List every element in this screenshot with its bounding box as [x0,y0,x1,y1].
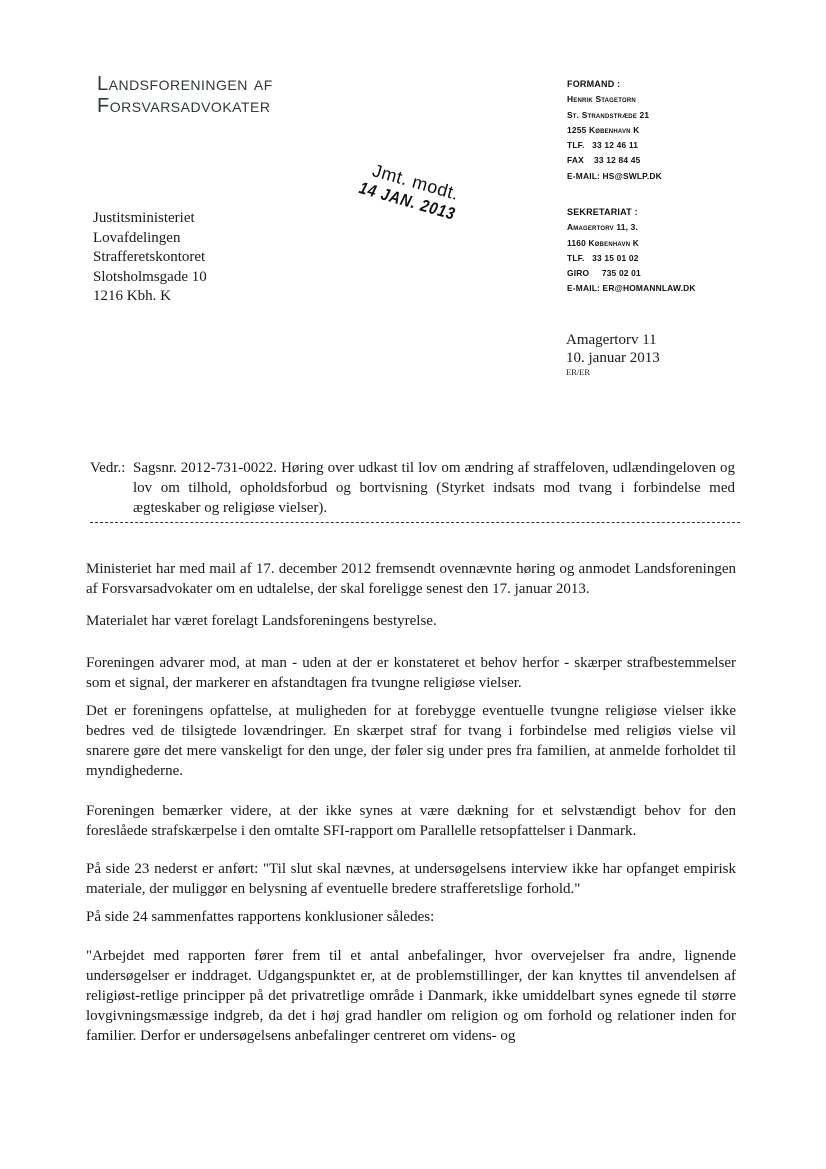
sekretariat-phone: TLF. 33 15 01 02 [567,251,696,266]
formand-street: St. Strandstræde 21 [567,108,662,123]
reference-initials: ER/ER [566,367,660,377]
subject-text: Sagsnr. 2012-731-0022. Høring over udkas… [133,458,735,518]
body-paragraph-quote: "Arbejdet med rapporten fører frem til e… [86,946,736,1046]
recipient-line: Justitsministeriet [93,209,207,229]
sekretariat-email: E-MAIL: ER@HOMANNLAW.DK [567,281,696,296]
date-block: Amagertorv 11 10. januar 2013 ER/ER [566,331,660,377]
letter-date: 10. januar 2013 [566,349,660,367]
formand-phone: TLF. 33 12 46 11 [567,138,662,153]
formand-fax: FAX 33 12 84 45 [567,153,662,168]
sekretariat-street: Amagertorv 11, 3. [567,220,696,235]
recipient-line: Strafferetskontoret [93,248,207,268]
dashed-separator [90,522,740,523]
sekretariat-heading: SEKRETARIAT : [567,205,696,220]
body-paragraph: På side 24 sammenfattes rapportens konkl… [86,907,736,927]
sekretariat-city: 1160 København K [567,236,696,251]
subject-label: Vedr.: [90,458,125,478]
formand-email: E-MAIL: HS@SWLP.DK [567,169,662,184]
recipient-line: 1216 Kbh. K [93,287,207,307]
body-paragraph: Foreningen advarer mod, at man - uden at… [86,653,736,693]
org-name-line2: Forsvarsadvokater [97,95,273,117]
subject-line: Vedr.: Sagsnr. 2012-731-0022. Høring ove… [90,458,735,518]
body-paragraph: Foreningen bemærker videre, at der ikke … [86,801,736,841]
body-paragraph: Det er foreningens opfattelse, at muligh… [86,701,736,781]
recipient-line: Slotsholmsgade 10 [93,268,207,288]
received-stamp: Jmt. modt. 14 JAN. 2013 [357,158,481,230]
sekretariat-contact-block: SEKRETARIAT : Amagertorv 11, 3. 1160 Køb… [567,205,696,297]
formand-name: Henrik Stagetorn [567,92,662,107]
formand-city: 1255 København K [567,123,662,138]
body-paragraph: Ministeriet har med mail af 17. december… [86,559,736,599]
body-paragraph: Materialet har været forelagt Landsforen… [86,611,736,631]
formand-contact-block: FORMAND : Henrik Stagetorn St. Strandstr… [567,77,662,184]
formand-heading: FORMAND : [567,77,662,92]
recipient-line: Lovafdelingen [93,229,207,249]
letterhead-org-name: Landsforeningen af Forsvarsadvokater [97,73,273,117]
sender-place: Amagertorv 11 [566,331,660,349]
body-paragraph: På side 23 nederst er anført: "Til slut … [86,859,736,899]
org-name-line1: Landsforeningen af [97,73,273,95]
recipient-address: Justitsministeriet Lovafdelingen Straffe… [93,209,207,307]
sekretariat-giro: GIRO 735 02 01 [567,266,696,281]
